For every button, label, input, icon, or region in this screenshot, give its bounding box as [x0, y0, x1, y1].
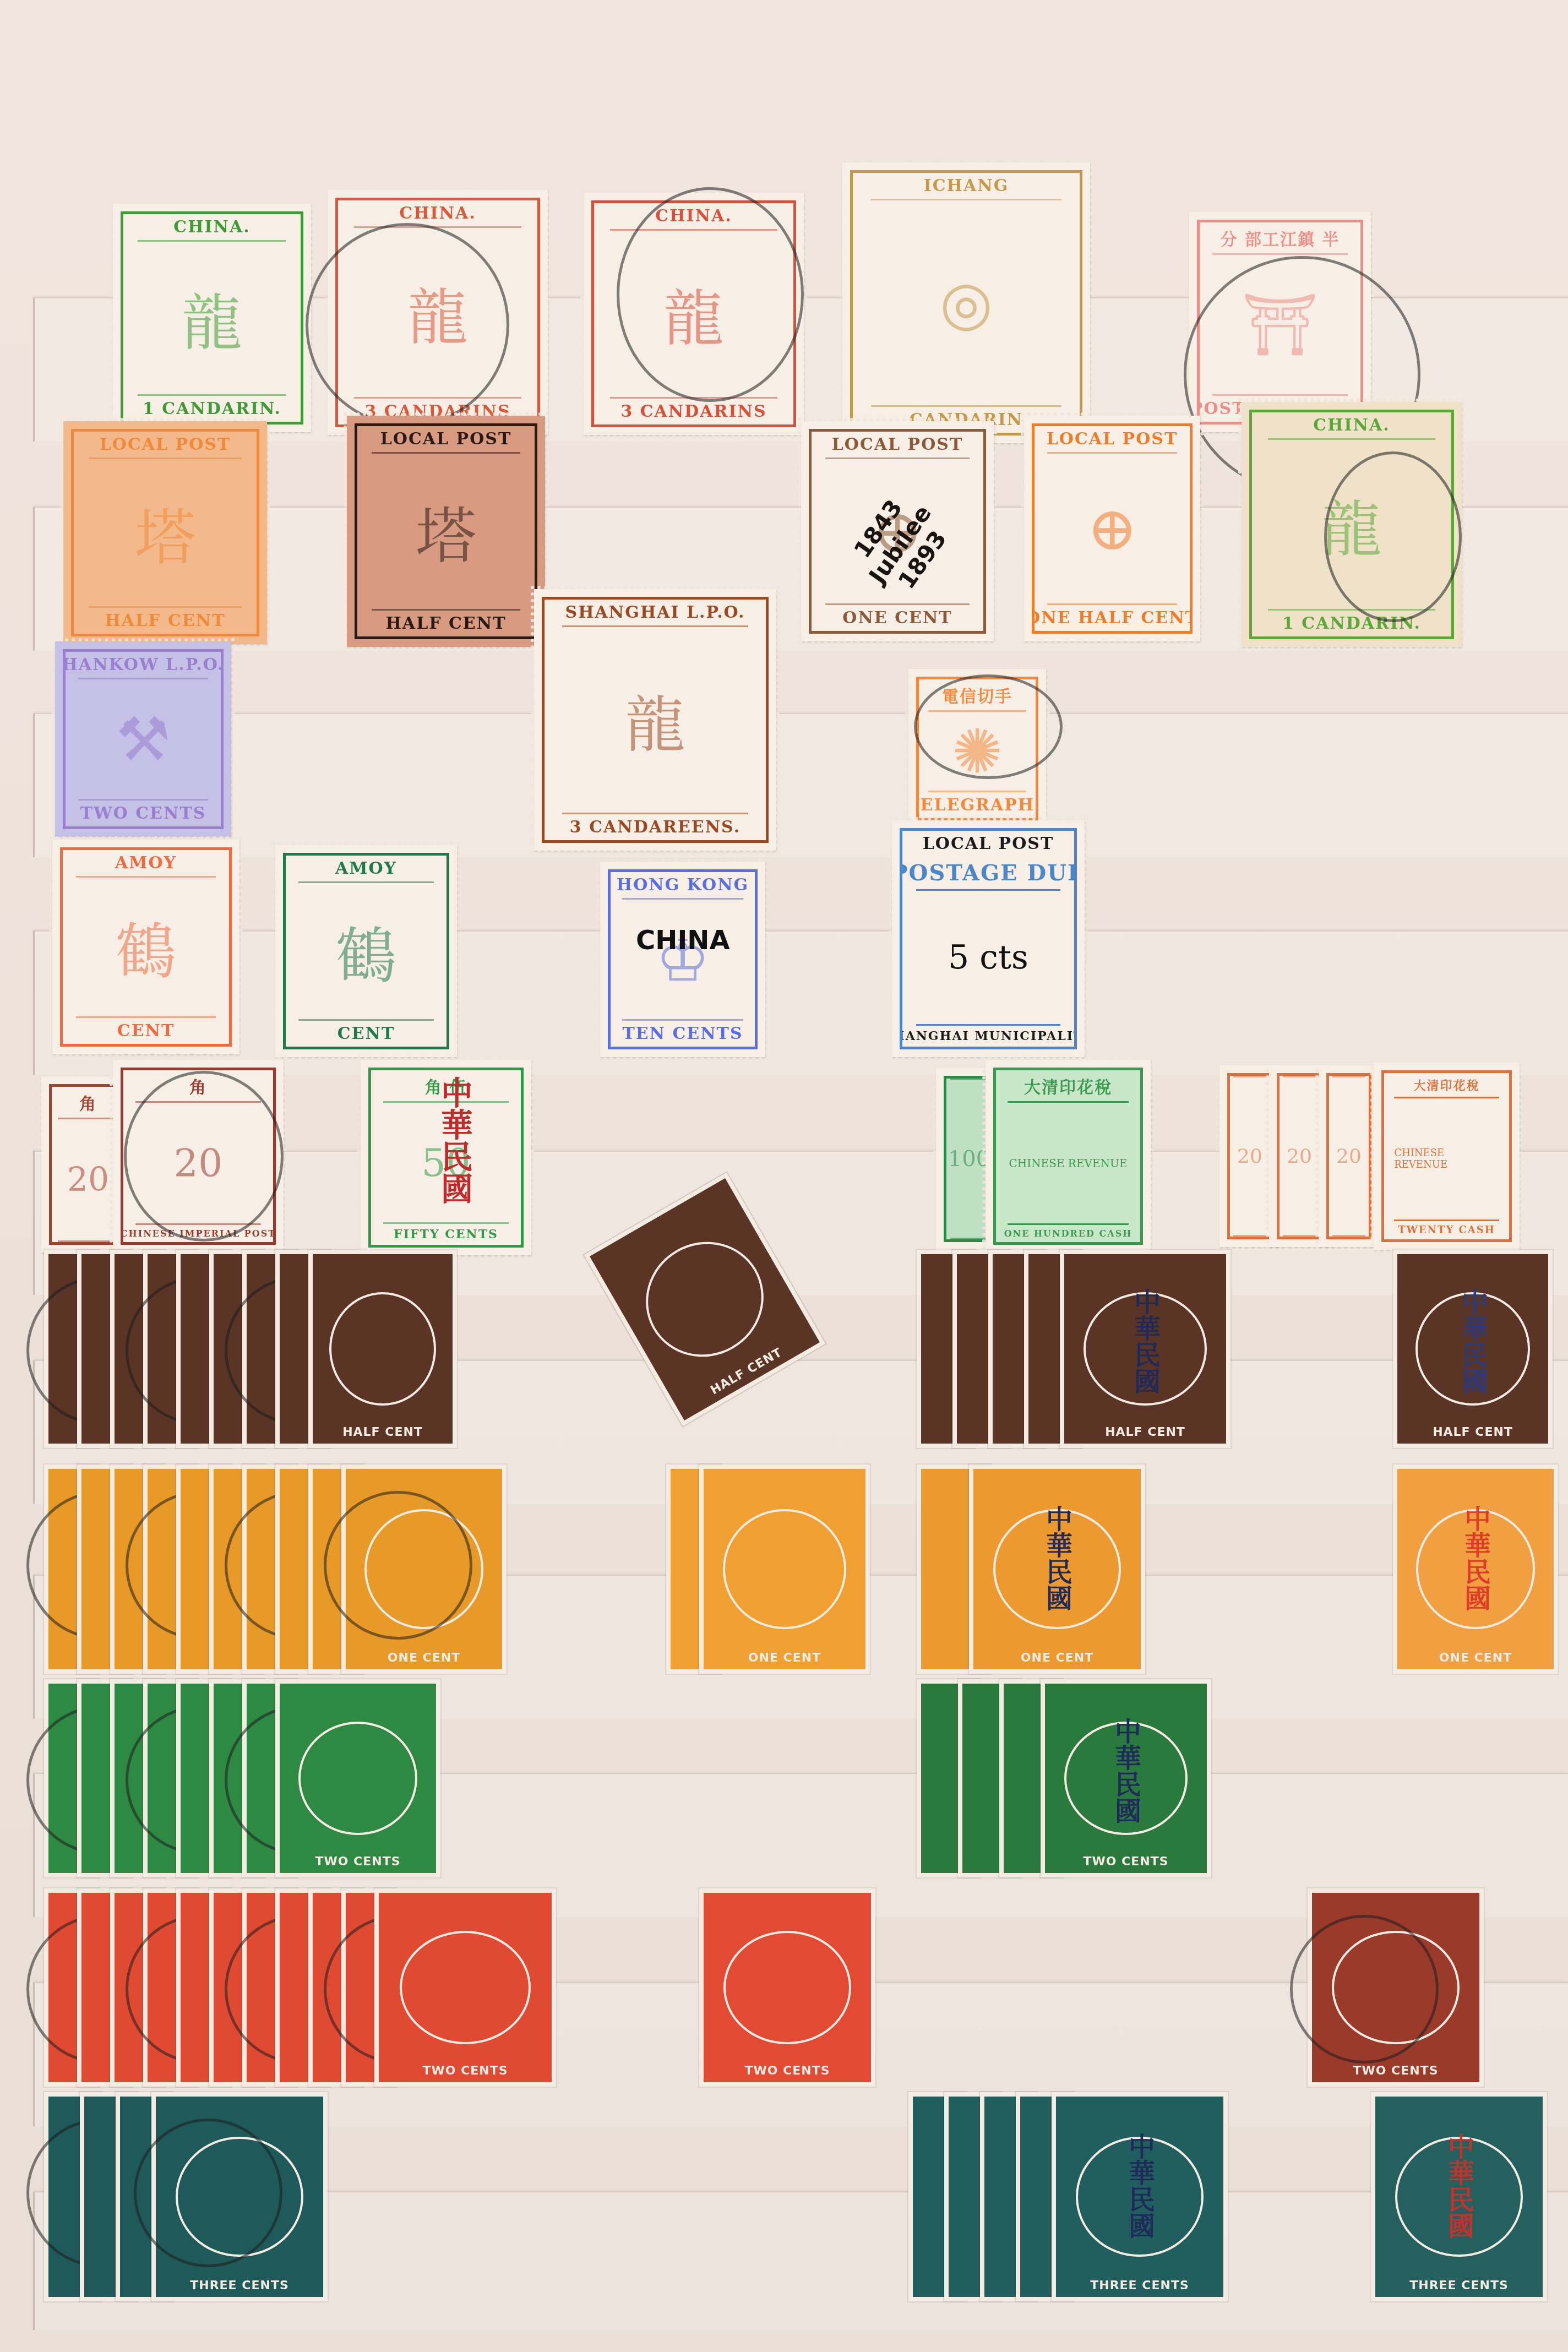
value-label: TWO CENTS: [379, 2064, 552, 2078]
stamp-cd-1c-ochre-roc[interactable]: ONE CENT中華民國: [969, 1464, 1145, 1674]
stamp-kewkiang-half-cent-black[interactable]: LOCAL POST塔HALF CENT: [347, 416, 545, 647]
stamp-cd-1c-ochre-roc-single[interactable]: ONE CENT中華民國: [1393, 1464, 1558, 1674]
stamp-cd-2c-green-used[interactable]: TWO CENTS: [275, 1679, 440, 1877]
stockbook-strip: [33, 930, 1568, 1075]
stamp-large-dragon-1c-green-used[interactable]: CHINA.龍1 CANDARIN.: [1242, 402, 1462, 647]
stamp-cd-3c-slate-used[interactable]: THREE CENTS: [151, 2092, 328, 2301]
pagoda-icon: ⛩: [1212, 253, 1347, 396]
stamp-kewkiang-half-cent-orange[interactable]: LOCAL POST塔HALF CENT: [63, 421, 267, 644]
stamp-large-dragon-3c-red[interactable]: CHINA.龍3 CANDARINS: [584, 193, 804, 435]
stamp-shanghai-jubilee-1c[interactable]: LOCAL POST⊕ONE CENT 1843 Jubilee 1893: [801, 421, 994, 641]
stamp-cd-3c-slate-roc[interactable]: THREE CENTS中華民國: [1052, 2092, 1228, 2301]
dragon-icon: 龍: [610, 229, 777, 399]
stamp-cip-50c-green-roc[interactable]: 角 伍50FIFTY CENTS 中華民國: [361, 1060, 531, 1255]
stamp-cd-2c-red-used[interactable]: TWO CENTS: [374, 1888, 556, 2087]
coins-icon: ◎: [871, 199, 1061, 407]
value-label: TWO CENTS: [1312, 2064, 1479, 2078]
value-label: THREE CENTS: [1375, 2279, 1543, 2293]
stamp-cd-1c-ochre-used[interactable]: ONE CENT: [341, 1464, 507, 1674]
stamp-ichang-1c[interactable]: ICHANG◎CANDARIN: [842, 162, 1090, 443]
dragon-icon: 龍: [1268, 438, 1435, 611]
china-overprint: CHINA: [636, 925, 730, 956]
dragon-oval-icon: [176, 2137, 303, 2257]
roc-overprint: 中華民國: [1126, 1288, 1164, 1394]
value-label: TWO CENTS: [1045, 1855, 1207, 1869]
roc-overprint: 中華民國: [1454, 1288, 1492, 1394]
stamp-japan-telegraph-10-sen[interactable]: 電信切手✺TELEGRAPHS: [908, 669, 1046, 829]
dragon-oval-icon: [329, 1292, 435, 1406]
roc-overprint: 中華民國: [431, 1076, 477, 1204]
stamp-cd-2c-brown-red-single[interactable]: TWO CENTS: [1308, 1888, 1484, 2087]
crane-icon: 鶴: [76, 876, 216, 1018]
stamp-revenue-20-cash-orange[interactable]: 大清印花稅CHINESE REVENUETWENTY CASH: [1374, 1063, 1520, 1250]
dragon-oval-icon: [364, 1509, 483, 1629]
king-portrait-icon: ♔: [622, 898, 743, 1021]
stamp-chinkiang-half-cent[interactable]: 分 部工江鎮 半⛩POSTAL SERVICE: [1189, 212, 1371, 432]
crest-icon: ⊕: [1047, 452, 1178, 605]
stamp-revenue-100-cash-green[interactable]: 大清印花稅CHINESE REVENUEONE HUNDRED CASH: [986, 1060, 1151, 1253]
stamp-cd-3c-slate-roc-single[interactable]: THREE CENTS中華民國: [1371, 2092, 1547, 2301]
stamp-shanghai-lpo-3-candareens[interactable]: SHANGHAI L.P.O.龍3 CANDAREENS.: [534, 589, 776, 851]
stamp-hankow-2c[interactable]: HANKOW L.P.O.⚒TWO CENTS: [55, 641, 231, 837]
dragon-oval-icon: [298, 1722, 417, 1835]
dragon-icon: 龍: [562, 625, 748, 814]
dragon-oval-icon: [723, 1509, 846, 1629]
dragon-oval-icon: [400, 1931, 531, 2044]
stamp-shanghai-half-cent[interactable]: LOCAL POST⊕ONE HALF CENT: [1024, 416, 1200, 641]
stamp-large-dragon-3c-red[interactable]: CHINA.龍3 CANDARINS: [328, 190, 548, 435]
stamp-amoy-half-cent[interactable]: AMOY鶴CENT: [275, 845, 457, 1057]
stockbook-strip: [33, 713, 1568, 857]
chrysanthemum-icon: ✺: [928, 710, 1026, 792]
stamp-cd-1c-ochre-pair[interactable]: ONE CENT: [699, 1464, 870, 1674]
value-label: HALF CENT: [313, 1425, 453, 1439]
value-label: ONE CENT: [704, 1651, 865, 1665]
roc-overprint: 中華民國: [1440, 2133, 1478, 2239]
roc-overprint: 中華民國: [1038, 1505, 1076, 1611]
stockbook-page: CHINA.龍1 CANDARIN. CHINA.龍3 CANDARINS CH…: [0, 0, 1568, 2352]
value-label: HALF CENT: [1397, 1425, 1548, 1439]
value-label: THREE CENTS: [1056, 2279, 1223, 2293]
value-label: HALF CENT: [1064, 1425, 1226, 1439]
stamp-shanghai-postage-due-5cts[interactable]: LOCAL POSTPOSTAGE DUE5 ctsSHANGHAI MUNIC…: [892, 820, 1085, 1057]
stamp-amoy-1c[interactable]: AMOY鶴CENT: [52, 840, 239, 1054]
value-label: TWO CENTS: [704, 2064, 871, 2078]
dragon-icon: 龍: [138, 240, 286, 396]
porter-icon: ⚒: [78, 678, 209, 801]
value-5cts: 5 cts: [916, 889, 1060, 1026]
dragon-oval-icon: [723, 1931, 851, 2044]
roc-overprint: 中華民國: [1107, 1718, 1145, 1823]
roc-overprint: 中華民國: [1121, 2133, 1159, 2239]
stamp-cip-20c-claret[interactable]: 角20CHINESE IMPERIAL POST: [113, 1060, 284, 1253]
pagoda-icon: 塔: [89, 458, 242, 608]
value-label: ONE CENT: [346, 1651, 502, 1665]
pagoda-icon: 塔: [372, 452, 520, 611]
stamp-hong-kong-china-10c[interactable]: HONG KONG♔TEN CENTS CHINA: [600, 862, 765, 1057]
crane-icon: 鶴: [298, 881, 433, 1021]
value-label: TWO CENTS: [280, 1855, 436, 1869]
stamp-cd-half-cent-brown-roc[interactable]: HALF CENT中華民國: [1060, 1250, 1231, 1448]
stamp-large-dragon-1c-green[interactable]: CHINA.龍1 CANDARIN.: [113, 204, 311, 432]
stamp-revenue-20-cash-orange[interactable]: 20: [1319, 1065, 1379, 1247]
value-label: ONE CENT: [1397, 1651, 1554, 1665]
stamp-cd-half-cent-brown-roc-single[interactable]: HALF CENT中華民國: [1393, 1250, 1553, 1448]
stamp-cd-half-cent-brown-used[interactable]: HALF CENT: [308, 1250, 457, 1448]
dragon-oval-icon: [1332, 1931, 1459, 2044]
stamp-cd-2c-green-roc[interactable]: TWO CENTS中華民國: [1041, 1679, 1211, 1877]
roc-overprint: 中華民國: [1457, 1505, 1495, 1611]
dragon-icon: 龍: [354, 226, 521, 399]
value-label: THREE CENTS: [156, 2279, 323, 2293]
stamp-cd-2c-red-single[interactable]: TWO CENTS: [699, 1888, 875, 2087]
value-label: ONE CENT: [973, 1651, 1141, 1665]
